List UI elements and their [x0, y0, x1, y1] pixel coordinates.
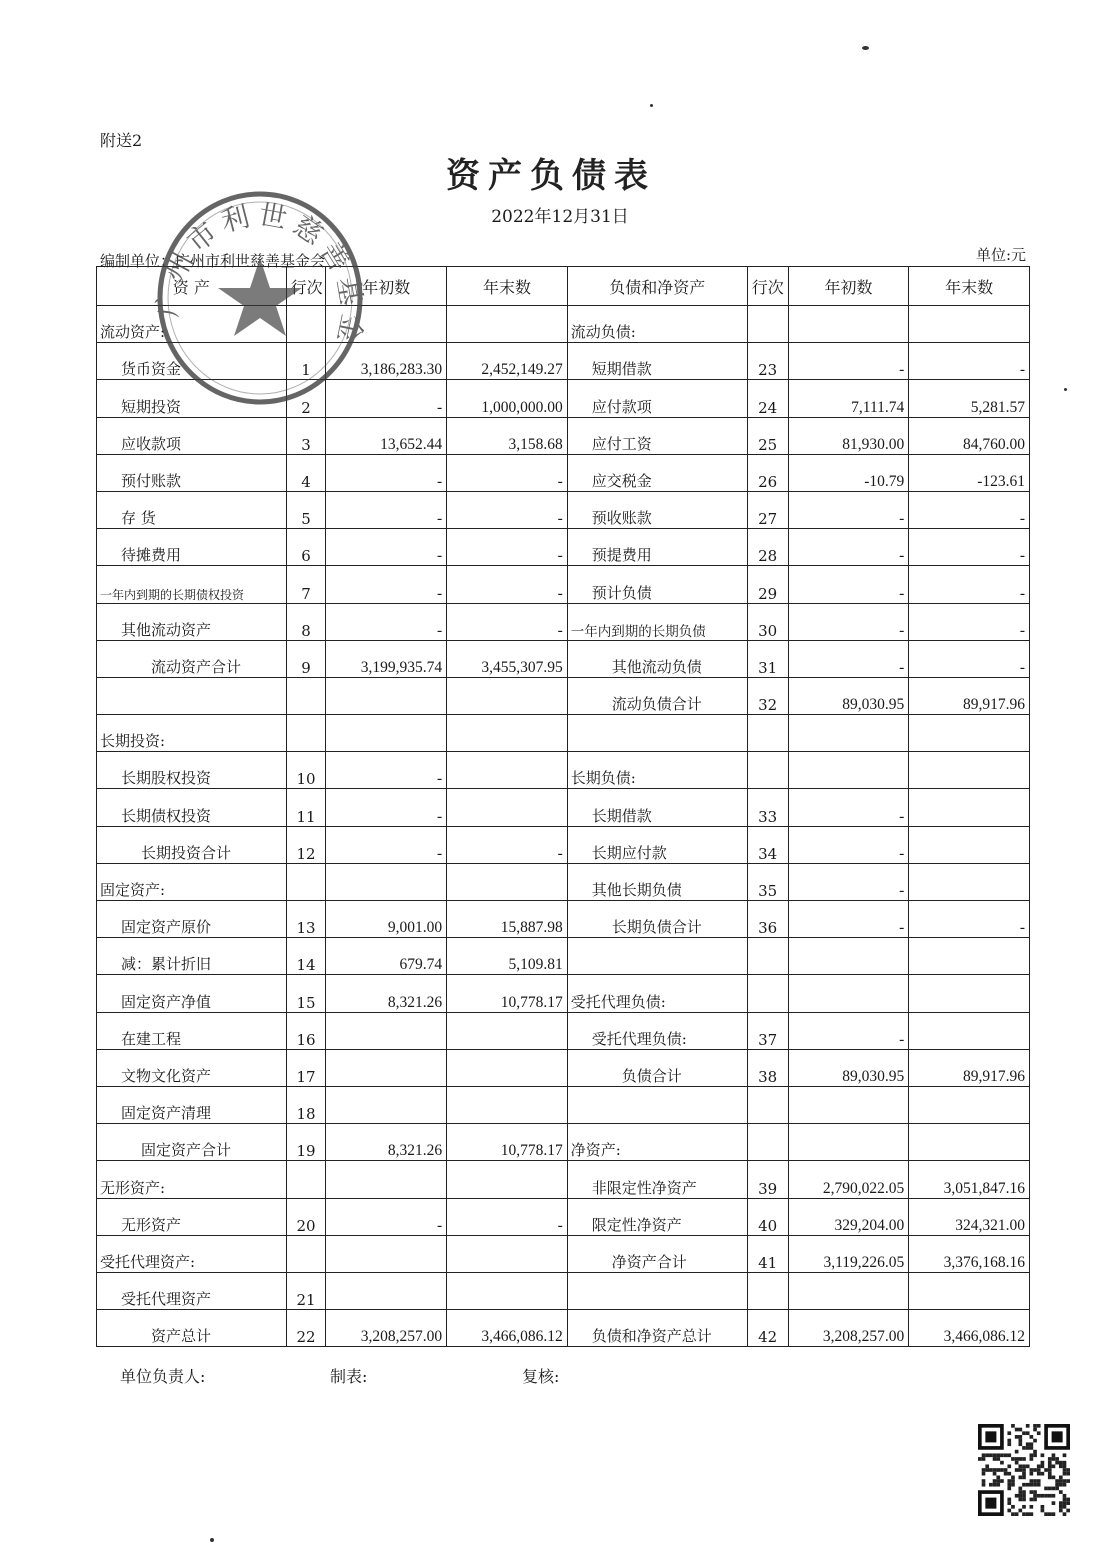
liability-name-cell: 流动负债:	[567, 306, 747, 343]
page-title: 资产负债表	[0, 148, 1102, 197]
asset-name-cell: 流动资产:	[97, 306, 287, 343]
asset-begin-cell: -	[326, 789, 447, 826]
asset-name-cell: 无形资产:	[97, 1161, 287, 1198]
asset-begin-cell: 679.74	[326, 938, 447, 975]
liability-end-cell	[909, 826, 1030, 863]
liability-begin-cell	[788, 938, 909, 975]
liability-begin-cell: -	[788, 789, 909, 826]
liability-name-cell: 应交税金	[567, 454, 747, 491]
asset-end-cell: 3,158.68	[447, 417, 568, 454]
liability-name-cell: 预提费用	[567, 529, 747, 566]
liability-begin-cell: 81,930.00	[788, 417, 909, 454]
liability-end-cell	[909, 1272, 1030, 1309]
asset-begin-cell	[326, 1161, 447, 1198]
liability-end-cell	[909, 715, 1030, 752]
liability-row-no-cell: 24	[747, 380, 788, 417]
liability-row-no-cell	[747, 1124, 788, 1161]
asset-begin-cell	[326, 1272, 447, 1309]
liability-end-cell	[909, 938, 1030, 975]
asset-name-cell: 在建工程	[97, 1012, 287, 1049]
asset-row-no-cell: 3	[286, 417, 326, 454]
liability-row-no-cell	[747, 752, 788, 789]
asset-row-no-cell: 8	[286, 603, 326, 640]
asset-begin-cell: -	[326, 752, 447, 789]
liability-end-cell: -	[909, 491, 1030, 528]
table-row: 预付账款4--应交税金26-10.79-123.61	[97, 454, 1030, 491]
asset-end-cell	[447, 752, 568, 789]
liability-end-cell: -123.61	[909, 454, 1030, 491]
asset-begin-cell: 3,208,257.00	[326, 1310, 447, 1347]
asset-name-cell: 长期债权投资	[97, 789, 287, 826]
liability-end-cell: 3,466,086.12	[909, 1310, 1030, 1347]
table-row: 长期债权投资11-长期借款33-	[97, 789, 1030, 826]
asset-begin-cell: 3,199,935.74	[326, 640, 447, 677]
report-date: 2022年12月31日	[0, 202, 1102, 227]
table-row: 应收款项313,652.443,158.68应付工资2581,930.0084,…	[97, 417, 1030, 454]
asset-name-cell: 无形资产	[97, 1198, 287, 1235]
table-row: 固定资产:其他长期负债35-	[97, 863, 1030, 900]
liability-begin-cell: -	[788, 901, 909, 938]
asset-name-cell: 其他流动资产	[97, 603, 287, 640]
asset-name-cell: 固定资产净值	[97, 975, 287, 1012]
table-row: 长期投资合计12--长期应付款34-	[97, 826, 1030, 863]
asset-begin-cell: -	[326, 529, 447, 566]
asset-end-cell: 10,778.17	[447, 1124, 568, 1161]
asset-row-no-cell	[286, 1235, 326, 1272]
liability-row-no-cell: 28	[747, 529, 788, 566]
liability-end-cell	[909, 1012, 1030, 1049]
liability-begin-cell: 89,030.95	[788, 677, 909, 714]
liability-name-cell: 限定性净资产	[567, 1198, 747, 1235]
asset-begin-cell: -	[326, 826, 447, 863]
col-row-no: 行次	[286, 267, 326, 306]
liability-name-cell: 预收账款	[567, 491, 747, 528]
table-row: 文物文化资产17负债合计3889,030.9589,917.96	[97, 1049, 1030, 1086]
table-row: 减：累计折旧14679.745,109.81	[97, 938, 1030, 975]
liability-row-no-cell: 37	[747, 1012, 788, 1049]
asset-row-no-cell: 4	[286, 454, 326, 491]
asset-row-no-cell: 10	[286, 752, 326, 789]
table-row: 流动资产:流动负债:	[97, 306, 1030, 343]
signature-responsible: 单位负责人:	[120, 1364, 205, 1387]
liability-name-cell: 一年内到期的长期负债	[567, 603, 747, 640]
asset-row-no-cell: 14	[286, 938, 326, 975]
liability-begin-cell: -	[788, 491, 909, 528]
table-row: 受托代理资产:净资产合计413,119,226.053,376,168.16	[97, 1235, 1030, 1272]
asset-row-no-cell: 9	[286, 640, 326, 677]
table-row: 待摊费用6--预提费用28--	[97, 529, 1030, 566]
asset-name-cell: 长期股权投资	[97, 752, 287, 789]
liability-name-cell: 应付工资	[567, 417, 747, 454]
asset-name-cell: 受托代理资产	[97, 1272, 287, 1309]
liability-name-cell: 净资产合计	[567, 1235, 747, 1272]
asset-row-no-cell: 2	[286, 380, 326, 417]
asset-row-no-cell: 16	[286, 1012, 326, 1049]
liability-name-cell: 净资产:	[567, 1124, 747, 1161]
asset-row-no-cell: 19	[286, 1124, 326, 1161]
asset-name-cell: 固定资产合计	[97, 1124, 287, 1161]
liability-name-cell: 长期负债合计	[567, 901, 747, 938]
liability-begin-cell: -	[788, 529, 909, 566]
liability-name-cell: 长期负债:	[567, 752, 747, 789]
liability-end-cell	[909, 863, 1030, 900]
asset-row-no-cell: 17	[286, 1049, 326, 1086]
liability-begin-cell: -	[788, 1012, 909, 1049]
asset-begin-cell: -	[326, 491, 447, 528]
asset-end-cell: -	[447, 529, 568, 566]
asset-end-cell	[447, 1235, 568, 1272]
signature-reviewer: 复核:	[522, 1364, 559, 1387]
table-row: 存 货5--预收账款27--	[97, 491, 1030, 528]
table-row: 短期投资2-1,000,000.00应付款项247,111.745,281.57	[97, 380, 1030, 417]
asset-end-cell	[447, 1012, 568, 1049]
liability-end-cell	[909, 306, 1030, 343]
liability-row-no-cell	[747, 975, 788, 1012]
asset-end-cell: -	[447, 566, 568, 603]
table-row: 无形资产:非限定性净资产392,790,022.053,051,847.16	[97, 1161, 1030, 1198]
liability-name-cell: 短期借款	[567, 343, 747, 380]
asset-end-cell	[447, 1161, 568, 1198]
liability-begin-cell	[788, 1086, 909, 1123]
asset-end-cell: -	[447, 603, 568, 640]
liability-end-cell	[909, 1124, 1030, 1161]
liability-name-cell: 其他流动负债	[567, 640, 747, 677]
asset-name-cell: 受托代理资产:	[97, 1235, 287, 1272]
col-begin-2: 年初数	[788, 267, 909, 306]
asset-row-no-cell: 18	[286, 1086, 326, 1123]
asset-name-cell: 货币资金	[97, 343, 287, 380]
asset-name-cell: 长期投资:	[97, 715, 287, 752]
liability-begin-cell: -	[788, 826, 909, 863]
asset-name-cell: 减：累计折旧	[97, 938, 287, 975]
asset-name-cell: 文物文化资产	[97, 1049, 287, 1086]
liability-row-no-cell: 30	[747, 603, 788, 640]
asset-name-cell: 固定资产:	[97, 863, 287, 900]
asset-row-no-cell: 7	[286, 566, 326, 603]
asset-name-cell: 资产总计	[97, 1310, 287, 1347]
asset-row-no-cell	[286, 1161, 326, 1198]
asset-row-no-cell: 20	[286, 1198, 326, 1235]
liability-end-cell: 324,321.00	[909, 1198, 1030, 1235]
liability-end-cell	[909, 752, 1030, 789]
table-row: 货币资金13,186,283.302,452,149.27短期借款23--	[97, 343, 1030, 380]
asset-begin-cell: 8,321.26	[326, 1124, 447, 1161]
liability-begin-cell: 3,208,257.00	[788, 1310, 909, 1347]
asset-name-cell: 存 货	[97, 491, 287, 528]
table-row: 流动负债合计3289,030.9589,917.96	[97, 677, 1030, 714]
liability-end-cell: 5,281.57	[909, 380, 1030, 417]
liability-name-cell: 预计负债	[567, 566, 747, 603]
liability-name-cell: 受托代理负债:	[567, 1012, 747, 1049]
asset-begin-cell: -	[326, 454, 447, 491]
asset-end-cell	[447, 1086, 568, 1123]
liability-begin-cell: -	[788, 863, 909, 900]
asset-end-cell	[447, 715, 568, 752]
asset-name-cell: 固定资产原价	[97, 901, 287, 938]
table-row: 受托代理资产21	[97, 1272, 1030, 1309]
asset-end-cell	[447, 306, 568, 343]
table-row: 资产总计223,208,257.003,466,086.12负债和净资产总计42…	[97, 1310, 1030, 1347]
liability-end-cell: 84,760.00	[909, 417, 1030, 454]
liability-row-no-cell	[747, 306, 788, 343]
liability-row-no-cell	[747, 938, 788, 975]
liability-name-cell: 其他长期负债	[567, 863, 747, 900]
asset-end-cell	[447, 1049, 568, 1086]
liability-name-cell	[567, 1086, 747, 1123]
liability-begin-cell: -	[788, 566, 909, 603]
liability-row-no-cell	[747, 715, 788, 752]
table-row: 固定资产清理18	[97, 1086, 1030, 1123]
balance-sheet-table: 资 产 行次 年初数 年末数 负债和净资产 行次 年初数 年末数 流动资产:流动…	[96, 266, 1030, 1347]
liability-row-no-cell: 32	[747, 677, 788, 714]
table-row: 长期投资:	[97, 715, 1030, 752]
asset-row-no-cell: 5	[286, 491, 326, 528]
liability-name-cell	[567, 938, 747, 975]
liability-name-cell: 负债和净资产总计	[567, 1310, 747, 1347]
liability-end-cell: -	[909, 603, 1030, 640]
asset-end-cell: -	[447, 491, 568, 528]
asset-name-cell: 固定资产清理	[97, 1086, 287, 1123]
table-row: 其他流动资产8--一年内到期的长期负债30--	[97, 603, 1030, 640]
col-end: 年末数	[447, 267, 568, 306]
liability-row-no-cell: 33	[747, 789, 788, 826]
asset-begin-cell	[326, 1012, 447, 1049]
liability-begin-cell: 89,030.95	[788, 1049, 909, 1086]
liability-name-cell: 流动负债合计	[567, 677, 747, 714]
asset-begin-cell: -	[326, 380, 447, 417]
scan-speck	[650, 104, 653, 107]
asset-row-no-cell	[286, 715, 326, 752]
table-row: 固定资产净值158,321.2610,778.17受托代理负债:	[97, 975, 1030, 1012]
liability-end-cell: -	[909, 901, 1030, 938]
asset-row-no-cell: 11	[286, 789, 326, 826]
asset-name-cell: 预付账款	[97, 454, 287, 491]
asset-begin-cell: -	[326, 1198, 447, 1235]
liability-begin-cell: -	[788, 343, 909, 380]
asset-end-cell: -	[447, 1198, 568, 1235]
liability-row-no-cell: 34	[747, 826, 788, 863]
table-row: 在建工程16受托代理负债:37-	[97, 1012, 1030, 1049]
liability-row-no-cell: 40	[747, 1198, 788, 1235]
asset-begin-cell	[326, 715, 447, 752]
table-row: 固定资产原价139,001.0015,887.98长期负债合计36--	[97, 901, 1030, 938]
liability-end-cell: -	[909, 640, 1030, 677]
table-row: 固定资产合计198,321.2610,778.17净资产:	[97, 1124, 1030, 1161]
asset-row-no-cell: 22	[286, 1310, 326, 1347]
asset-row-no-cell: 15	[286, 975, 326, 1012]
col-assets: 资 产	[97, 267, 287, 306]
asset-end-cell: -	[447, 826, 568, 863]
scan-speck	[210, 1538, 214, 1542]
asset-name-cell: 一年内到期的长期债权投资	[97, 566, 287, 603]
table-row: 长期股权投资10-长期负债:	[97, 752, 1030, 789]
liability-name-cell: 受托代理负债:	[567, 975, 747, 1012]
asset-name-cell: 长期投资合计	[97, 826, 287, 863]
col-begin: 年初数	[326, 267, 447, 306]
asset-begin-cell	[326, 1086, 447, 1123]
liability-row-no-cell: 27	[747, 491, 788, 528]
asset-row-no-cell: 6	[286, 529, 326, 566]
verification-qr-code	[978, 1424, 1070, 1516]
liability-end-cell: -	[909, 566, 1030, 603]
asset-begin-cell: 13,652.44	[326, 417, 447, 454]
liability-name-cell: 应付款项	[567, 380, 747, 417]
liability-row-no-cell	[747, 1086, 788, 1123]
table-row: 一年内到期的长期债权投资7--预计负债29--	[97, 566, 1030, 603]
asset-end-cell: 2,452,149.27	[447, 343, 568, 380]
asset-end-cell	[447, 789, 568, 826]
asset-name-cell: 短期投资	[97, 380, 287, 417]
asset-name-cell: 应收款项	[97, 417, 287, 454]
signature-preparer: 制表:	[330, 1364, 367, 1387]
asset-end-cell: 5,109.81	[447, 938, 568, 975]
liability-end-cell: -	[909, 529, 1030, 566]
asset-end-cell	[447, 863, 568, 900]
asset-name-cell: 待摊费用	[97, 529, 287, 566]
liability-begin-cell: -	[788, 603, 909, 640]
liability-begin-cell	[788, 975, 909, 1012]
asset-begin-cell	[326, 1049, 447, 1086]
asset-name-cell	[97, 677, 287, 714]
table-row: 无形资产20--限定性净资产40329,204.00324,321.00	[97, 1198, 1030, 1235]
scan-speck	[1064, 388, 1067, 391]
liability-begin-cell	[788, 752, 909, 789]
liability-begin-cell: 7,111.74	[788, 380, 909, 417]
asset-end-cell: 3,466,086.12	[447, 1310, 568, 1347]
asset-end-cell: -	[447, 454, 568, 491]
liability-row-no-cell: 39	[747, 1161, 788, 1198]
col-row-no-2: 行次	[747, 267, 788, 306]
asset-end-cell: 10,778.17	[447, 975, 568, 1012]
liability-end-cell: 3,051,847.16	[909, 1161, 1030, 1198]
liability-end-cell: -	[909, 343, 1030, 380]
liability-end-cell: 89,917.96	[909, 1049, 1030, 1086]
liability-row-no-cell: 36	[747, 901, 788, 938]
asset-row-no-cell: 12	[286, 826, 326, 863]
liability-begin-cell: -10.79	[788, 454, 909, 491]
asset-end-cell	[447, 677, 568, 714]
asset-end-cell: 3,455,307.95	[447, 640, 568, 677]
liability-name-cell: 长期应付款	[567, 826, 747, 863]
scan-speck	[862, 46, 869, 50]
asset-begin-cell: -	[326, 603, 447, 640]
asset-begin-cell	[326, 306, 447, 343]
liability-end-cell	[909, 975, 1030, 1012]
asset-begin-cell	[326, 1235, 447, 1272]
asset-begin-cell: 3,186,283.30	[326, 343, 447, 380]
liability-begin-cell	[788, 715, 909, 752]
unit-label: 单位:元	[976, 244, 1026, 265]
liability-row-no-cell	[747, 1272, 788, 1309]
liability-row-no-cell: 35	[747, 863, 788, 900]
table-row: 流动资产合计93,199,935.743,455,307.95其他流动负债31-…	[97, 640, 1030, 677]
asset-begin-cell	[326, 863, 447, 900]
liability-name-cell	[567, 715, 747, 752]
liability-begin-cell: 329,204.00	[788, 1198, 909, 1235]
liability-end-cell: 89,917.96	[909, 677, 1030, 714]
liability-begin-cell	[788, 306, 909, 343]
liability-row-no-cell: 25	[747, 417, 788, 454]
asset-row-no-cell	[286, 306, 326, 343]
liability-begin-cell: 3,119,226.05	[788, 1235, 909, 1272]
asset-end-cell	[447, 1272, 568, 1309]
liability-row-no-cell: 38	[747, 1049, 788, 1086]
liability-begin-cell: -	[788, 640, 909, 677]
asset-row-no-cell: 1	[286, 343, 326, 380]
liability-row-no-cell: 26	[747, 454, 788, 491]
liability-begin-cell	[788, 1124, 909, 1161]
liability-row-no-cell: 31	[747, 640, 788, 677]
liability-row-no-cell: 42	[747, 1310, 788, 1347]
asset-begin-cell: 9,001.00	[326, 901, 447, 938]
asset-row-no-cell	[286, 677, 326, 714]
asset-begin-cell: 8,321.26	[326, 975, 447, 1012]
asset-begin-cell: -	[326, 566, 447, 603]
liability-name-cell: 长期借款	[567, 789, 747, 826]
liability-name-cell	[567, 1272, 747, 1309]
asset-name-cell: 流动资产合计	[97, 640, 287, 677]
asset-end-cell: 1,000,000.00	[447, 380, 568, 417]
liability-begin-cell	[788, 1272, 909, 1309]
liability-begin-cell: 2,790,022.05	[788, 1161, 909, 1198]
table-header-row: 资 产 行次 年初数 年末数 负债和净资产 行次 年初数 年末数	[97, 267, 1030, 306]
asset-row-no-cell: 13	[286, 901, 326, 938]
asset-begin-cell	[326, 677, 447, 714]
liability-row-no-cell: 23	[747, 343, 788, 380]
liability-end-cell	[909, 789, 1030, 826]
liability-row-no-cell: 41	[747, 1235, 788, 1272]
liability-name-cell: 非限定性净资产	[567, 1161, 747, 1198]
liability-row-no-cell: 29	[747, 566, 788, 603]
asset-row-no-cell: 21	[286, 1272, 326, 1309]
asset-end-cell: 15,887.98	[447, 901, 568, 938]
liability-end-cell: 3,376,168.16	[909, 1235, 1030, 1272]
asset-row-no-cell	[286, 863, 326, 900]
liability-name-cell: 负债合计	[567, 1049, 747, 1086]
liability-end-cell	[909, 1086, 1030, 1123]
col-end-2: 年末数	[909, 267, 1030, 306]
col-liabilities: 负债和净资产	[567, 267, 747, 306]
